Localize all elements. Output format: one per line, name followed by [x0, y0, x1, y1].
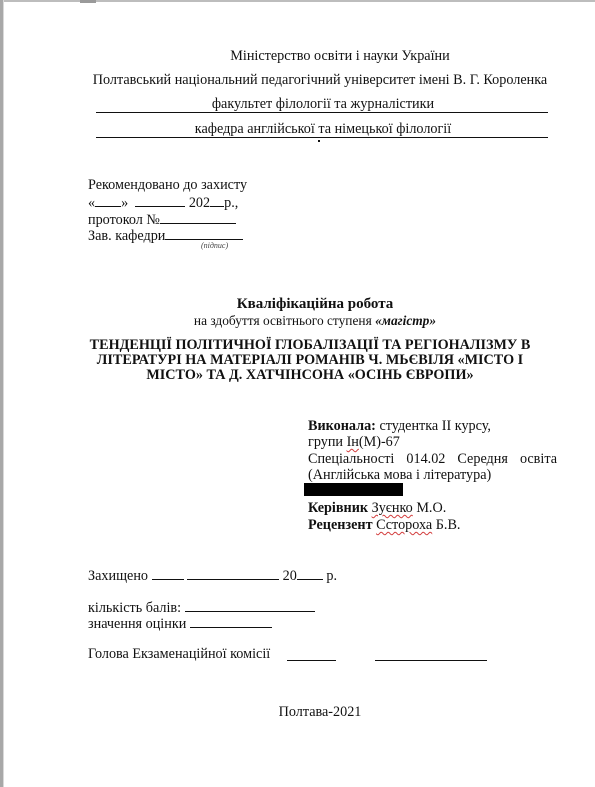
group-line: групи Ін(М)-67 [308, 434, 400, 450]
specialty-line: Спеціальності 014.02 Середня освіта [308, 451, 557, 467]
department-underline [96, 137, 548, 138]
protocol-blank[interactable] [160, 210, 236, 224]
defended-label: Захищено [88, 568, 148, 584]
degree: «магістр» [375, 313, 436, 328]
month-blank[interactable] [135, 193, 185, 207]
reviewer-line: Рецензент Сстороха Б.В. [308, 517, 460, 533]
degree-prefix: на здобуття освітнього ступеня [194, 313, 375, 328]
specialty-word-3: Середня [457, 451, 507, 467]
department-line: кафедра англійської та німецької філолог… [96, 121, 550, 137]
reviewer-surname: Сстороха [376, 517, 432, 533]
degree-line: на здобуття освітнього ступеня «магістр» [100, 313, 530, 329]
defended-month-blank[interactable] [187, 566, 279, 580]
day-blank[interactable] [95, 193, 121, 207]
head-label: Зав. кафедри [88, 228, 165, 244]
points-blank[interactable] [185, 598, 315, 612]
thesis-title-line-2: ЛІТЕРАТУРІ НА МАТЕРІАЛІ РОМАНІВ Ч. МЬЄВІ… [60, 353, 560, 368]
supervisor-label: Керівник [308, 500, 368, 516]
stray-dot [318, 140, 320, 142]
commission-name-blank[interactable] [375, 660, 487, 661]
grade-line: значення оцінки [88, 614, 272, 632]
year-blank[interactable] [210, 193, 224, 207]
close-quote: » [121, 195, 128, 211]
specialty-line-2: (Англійська мова і література) [308, 467, 491, 483]
commission-label: Голова Екзаменаційної комісії [88, 646, 270, 662]
thesis-title-line-3: МІСТО» ТА Д. ХАТЧІНСОНА «ОСІНЬ ЄВРОПИ» [60, 368, 560, 383]
defended-year-suffix: р. [326, 568, 337, 584]
grade-blank[interactable] [190, 614, 272, 628]
supervisor-surname: Зуєнко [372, 500, 413, 516]
thesis-title-line-1: ТЕНДЕНЦІЇ ПОЛІТИЧНОЇ ГЛОБАЛІЗАЦІЇ ТА РЕГ… [60, 338, 560, 353]
ministry-line: Міністерство освіти і науки України [140, 48, 540, 64]
work-type: Кваліфікаційна робота [100, 296, 530, 312]
supervisor-line: Керівник Зуєнко М.О. [308, 500, 446, 516]
defended-year-blank[interactable] [297, 566, 323, 580]
grade-label: значення оцінки [88, 616, 186, 632]
supervisor-initials: М.О. [413, 500, 447, 516]
faculty-line: факультет філології та журналістики [96, 96, 550, 112]
open-quote: « [88, 195, 95, 211]
year-suffix: р., [224, 195, 238, 211]
redacted-author-name [304, 483, 403, 496]
group-code-marked: Ін [347, 434, 359, 450]
performed-label: Виконала: [308, 418, 376, 434]
specialty-word-1: Спеціальності [308, 451, 394, 467]
faculty-underline [96, 112, 548, 113]
recommendation-line: Рекомендовано до захисту [88, 177, 247, 193]
defended-line: Захищено 20 р. [88, 566, 337, 584]
reviewer-label: Рецензент [308, 517, 373, 533]
ruler-marker [80, 0, 96, 3]
city-year: Полтава-2021 [200, 704, 440, 720]
defended-year-prefix: 20 [283, 568, 297, 584]
university-line: Полтавський національний педагогічний ун… [80, 72, 560, 88]
performed-value: студентка ІІ курсу, [376, 418, 491, 434]
group-code-rest: (М)-67 [359, 434, 400, 450]
specialty-word-2: 014.02 [406, 451, 445, 467]
signature-note: (підпис) [201, 241, 228, 250]
performed-line: Виконала: студентка ІІ курсу, [308, 418, 491, 434]
recommendation-date-line: «» 202р., [88, 193, 238, 211]
group-prefix: групи [308, 434, 347, 450]
head-signature-blank[interactable] [165, 226, 243, 240]
page-left-border-highlight [3, 0, 4, 787]
commission-signature-blank[interactable] [287, 660, 336, 661]
defended-day-blank[interactable] [152, 566, 184, 580]
year-prefix: 202 [189, 195, 210, 211]
specialty-word-4: освіта [520, 451, 557, 467]
reviewer-initials: Б.В. [432, 517, 460, 533]
